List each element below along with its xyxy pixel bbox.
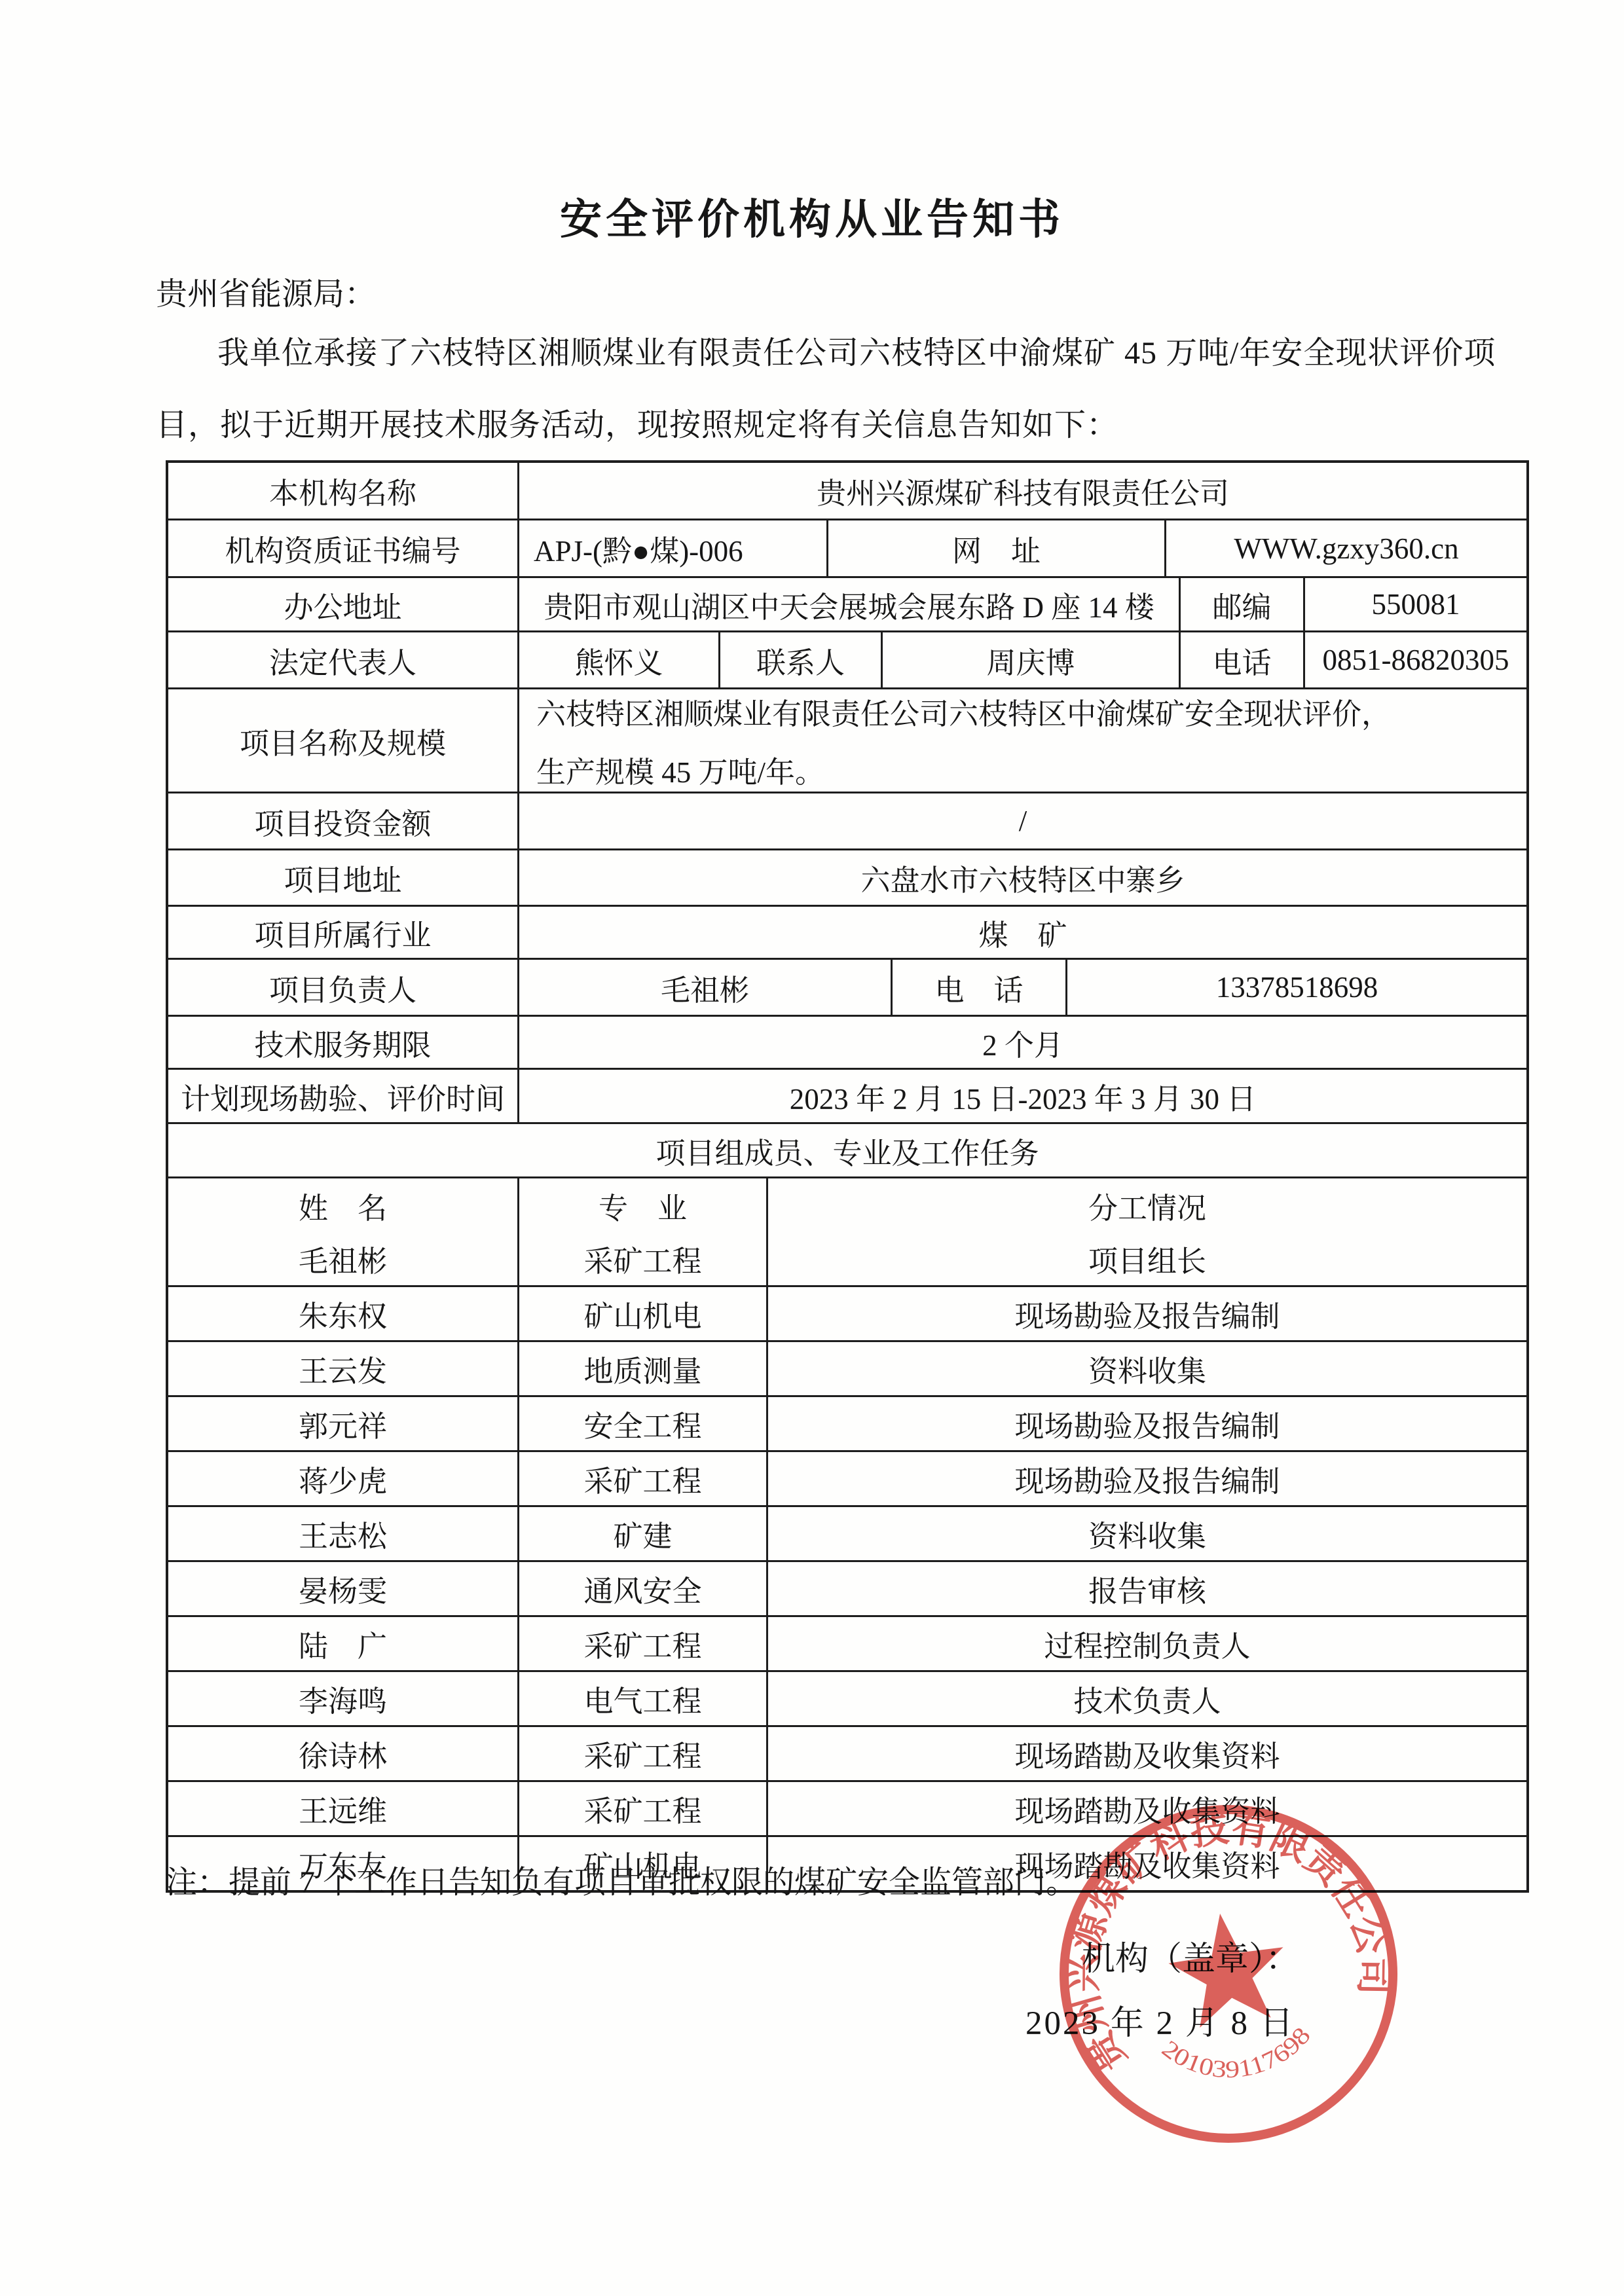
leader-phone-value: 13378518698 — [1065, 960, 1526, 1015]
row-legal-representative: 法定代表人 熊怀义 联系人 周庆博 电话 0851-86820305 — [168, 630, 1526, 687]
cert-label: 机构资质证书编号 — [168, 520, 517, 576]
row-org-name: 本机构名称 贵州兴源煤矿科技有限责任公司 — [168, 463, 1526, 519]
row-project-leader: 项目负责人 毛祖彬 电 话 13378518698 — [168, 958, 1526, 1015]
row-team-header: 姓 名 专 业 分工情况 — [168, 1176, 1526, 1232]
team-member-row: 徐诗林 采矿工程 现场踏勘及收集资料 — [168, 1725, 1526, 1780]
member-name: 毛祖彬 — [168, 1232, 517, 1285]
member-duty: 过程控制负责人 — [766, 1617, 1526, 1670]
row-project-name: 项目名称及规模 六枝特区湘顺煤业有限责任公司六枝特区中渝煤矿安全现状评价， 生产… — [168, 687, 1526, 792]
row-team-section-title: 项目组成员、专业及工作任务 — [168, 1122, 1526, 1176]
website-label: 网 址 — [826, 520, 1164, 576]
member-duty: 报告审核 — [766, 1562, 1526, 1615]
member-duty: 技术负责人 — [766, 1672, 1526, 1725]
member-major: 地质测量 — [517, 1342, 766, 1395]
row-certificate: 机构资质证书编号 APJ-(黔●煤)-006 网 址 WWW.gzxy360.c… — [168, 519, 1526, 576]
team-member-row: 毛祖彬 采矿工程 项目组长 — [168, 1232, 1526, 1285]
seal-star-icon — [1163, 1906, 1293, 2031]
project-name-line1: 六枝特区湘顺煤业有限责任公司六枝特区中渝煤矿安全现状评价， — [536, 690, 1391, 733]
duration-value: 2 个月 — [517, 1017, 1526, 1068]
contact-value: 周庆博 — [881, 632, 1179, 687]
footnote: 注：提前 7 个工作日告知负有项目审批权限的煤矿安全监管部门。 — [166, 1857, 1077, 1902]
team-member-row: 李海鸣 电气工程 技术负责人 — [168, 1670, 1526, 1725]
legal-rep-value: 熊怀义 — [517, 632, 718, 687]
page-title: 安全评价机构从业告知书 — [0, 186, 1624, 246]
site-value: 六盘水市六枝特区中寨乡 — [517, 850, 1526, 905]
row-service-duration: 技术服务期限 2 个月 — [168, 1015, 1526, 1068]
row-office-address: 办公地址 贵阳市观山湖区中天会展城会展东路 D 座 14 楼 邮编 550081 — [168, 576, 1526, 630]
member-duty: 资料收集 — [766, 1507, 1526, 1560]
postcode-label: 邮编 — [1179, 578, 1303, 630]
investment-value: / — [517, 793, 1526, 848]
member-name: 郭元祥 — [168, 1397, 517, 1450]
intro-paragraph-line1: 我单位承接了六枝特区湘顺煤业有限责任公司六枝特区中渝煤矿 45 万吨/年安全现状… — [217, 327, 1496, 373]
member-name: 晏杨雯 — [168, 1562, 517, 1615]
member-duty: 现场踏勘及收集资料 — [766, 1727, 1526, 1780]
member-name: 王云发 — [168, 1342, 517, 1395]
team-header-duty: 分工情况 — [766, 1178, 1526, 1232]
member-major: 矿山机电 — [517, 1287, 766, 1340]
team-member-row: 朱东权 矿山机电 现场勘验及报告编制 — [168, 1285, 1526, 1340]
website-value: WWW.gzxy360.cn — [1164, 520, 1526, 576]
team-section-title: 项目组成员、专业及工作任务 — [168, 1124, 1526, 1176]
intro-paragraph-line2: 目，拟于近期开展技术服务活动，现按照规定将有关信息告知如下： — [156, 399, 1118, 445]
leader-value: 毛祖彬 — [517, 960, 891, 1015]
office-address-value: 贵阳市观山湖区中天会展城会展东路 D 座 14 楼 — [517, 578, 1179, 630]
project-label: 项目名称及规模 — [168, 689, 517, 792]
agency-info-table: 本机构名称 贵州兴源煤矿科技有限责任公司 机构资质证书编号 APJ-(黔●煤)-… — [166, 460, 1529, 1893]
member-major: 安全工程 — [517, 1397, 766, 1450]
team-member-row: 蒋少虎 采矿工程 现场勘验及报告编制 — [168, 1450, 1526, 1505]
org-name-label: 本机构名称 — [168, 463, 517, 519]
member-name: 李海鸣 — [168, 1672, 517, 1725]
member-name: 蒋少虎 — [168, 1452, 517, 1505]
member-name: 陆 广 — [168, 1617, 517, 1670]
org-name-value: 贵州兴源煤矿科技有限责任公司 — [517, 463, 1526, 519]
postcode-value: 550081 — [1303, 578, 1526, 630]
team-member-row: 晏杨雯 通风安全 报告审核 — [168, 1560, 1526, 1615]
team-member-row: 王志松 矿建 资料收集 — [168, 1505, 1526, 1560]
scanned-document-page: 安全评价机构从业告知书 贵州省能源局： 我单位承接了六枝特区湘顺煤业有限责任公司… — [0, 0, 1624, 2296]
contact-label: 联系人 — [718, 632, 881, 687]
member-duty: 现场勘验及报告编制 — [766, 1397, 1526, 1450]
team-header-major: 专 业 — [517, 1178, 766, 1232]
member-major: 采矿工程 — [517, 1727, 766, 1780]
industry-label: 项目所属行业 — [168, 907, 517, 958]
member-duty: 项目组长 — [766, 1232, 1526, 1285]
leader-phone-label: 电 话 — [891, 960, 1065, 1015]
member-major: 采矿工程 — [517, 1232, 766, 1285]
member-duty: 资料收集 — [766, 1342, 1526, 1395]
member-name: 王志松 — [168, 1507, 517, 1560]
row-investment: 项目投资金额 / — [168, 792, 1526, 848]
duration-label: 技术服务期限 — [168, 1017, 517, 1068]
member-duty: 现场勘验及报告编制 — [766, 1287, 1526, 1340]
member-major: 采矿工程 — [517, 1452, 766, 1505]
row-project-site: 项目地址 六盘水市六枝特区中寨乡 — [168, 848, 1526, 905]
member-duty: 现场勘验及报告编制 — [766, 1452, 1526, 1505]
member-name: 朱东权 — [168, 1287, 517, 1340]
member-major: 矿建 — [517, 1507, 766, 1560]
investment-label: 项目投资金额 — [168, 793, 517, 848]
member-major: 通风安全 — [517, 1562, 766, 1615]
company-seal-stamp: 贵州兴源煤矿科技有限责任公司 201039117698 — [1043, 1789, 1414, 2159]
leader-label: 项目负责人 — [168, 960, 517, 1015]
schedule-value: 2023 年 2 月 15 日-2023 年 3 月 30 日 — [517, 1070, 1526, 1122]
team-header-name: 姓 名 — [168, 1178, 517, 1232]
member-name: 王远维 — [168, 1782, 517, 1835]
phone-label: 电话 — [1179, 632, 1303, 687]
member-major: 采矿工程 — [517, 1782, 766, 1835]
team-member-row: 郭元祥 安全工程 现场勘验及报告编制 — [168, 1395, 1526, 1450]
project-name-line2: 生产规模 45 万吨/年。 — [536, 748, 824, 791]
industry-value: 煤 矿 — [517, 907, 1526, 958]
member-name: 徐诗林 — [168, 1727, 517, 1780]
phone-value: 0851-86820305 — [1303, 632, 1526, 687]
row-industry: 项目所属行业 煤 矿 — [168, 905, 1526, 958]
site-label: 项目地址 — [168, 850, 517, 905]
legal-rep-label: 法定代表人 — [168, 632, 517, 687]
team-member-row: 陆 广 采矿工程 过程控制负责人 — [168, 1615, 1526, 1670]
seal-serial-number: 201039117698 — [1154, 2016, 1320, 2094]
member-major: 电气工程 — [517, 1672, 766, 1725]
office-label: 办公地址 — [168, 578, 517, 630]
team-member-row: 王云发 地质测量 资料收集 — [168, 1340, 1526, 1395]
schedule-label: 计划现场勘验、评价时间 — [168, 1070, 517, 1122]
cert-number: APJ-(黔●煤)-006 — [517, 520, 826, 576]
row-schedule: 计划现场勘验、评价时间 2023 年 2 月 15 日-2023 年 3 月 3… — [168, 1068, 1526, 1122]
project-name-value: 六枝特区湘顺煤业有限责任公司六枝特区中渝煤矿安全现状评价， 生产规模 45 万吨… — [517, 689, 1526, 792]
member-major: 采矿工程 — [517, 1617, 766, 1670]
salutation-line: 贵州省能源局： — [156, 268, 376, 314]
